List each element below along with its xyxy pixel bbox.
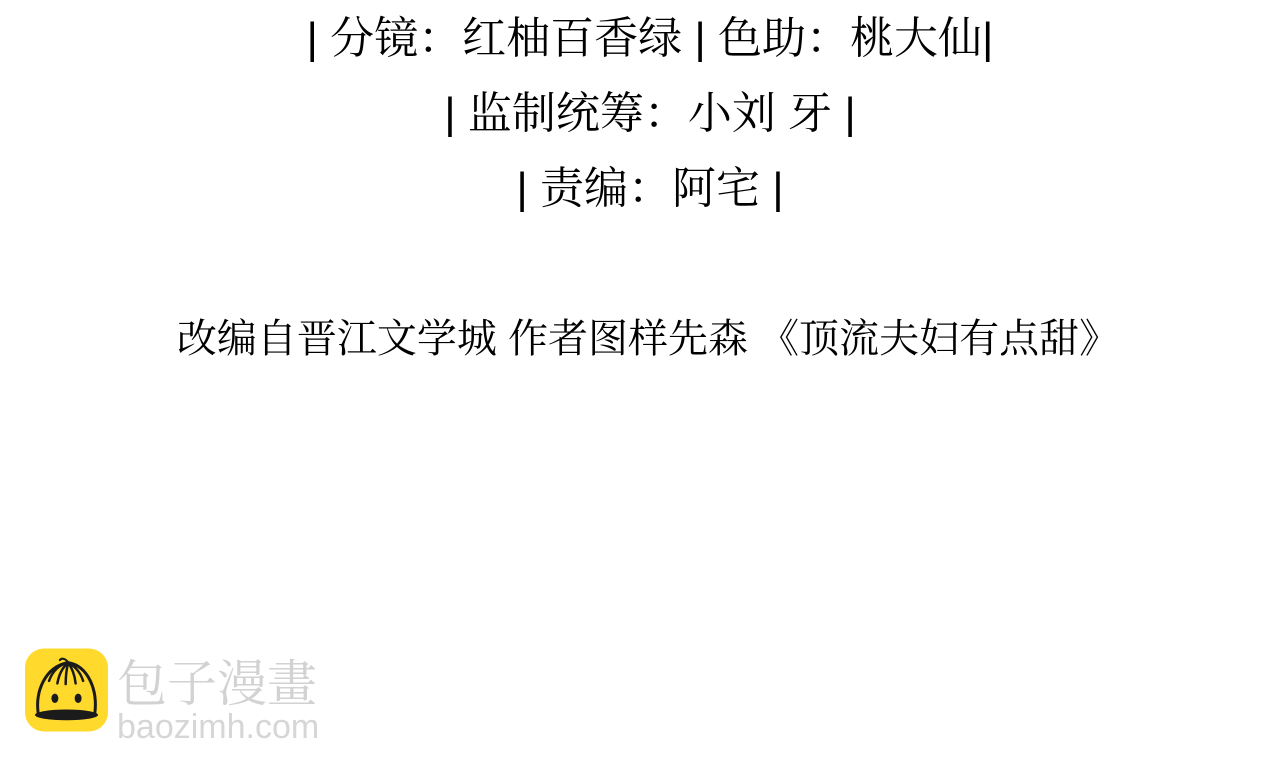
baozi-bun-icon bbox=[25, 648, 108, 732]
adaptation-source-note: 改编自晋江文学城 作者图样先森 《顶流夫妇有点甜》 bbox=[8, 315, 1280, 363]
credit-line-storyboard-colorassist: | 分镜：红柚百香绿 | 色助：桃大仙| bbox=[10, 13, 1280, 65]
credit-line-supervision: | 监制统筹：小刘 牙 | bbox=[10, 88, 1280, 140]
watermark-text-block: 包子漫畫 baozimh.com bbox=[108, 648, 319, 745]
comic-credits-page: | 分镜：红柚百香绿 | 色助：桃大仙| | 监制统筹：小刘 牙 | | 责编：… bbox=[0, 0, 1280, 765]
credit-line-editor: | 责编：阿宅 | bbox=[10, 163, 1280, 215]
baozimh-watermark: 包子漫畫 baozimh.com bbox=[25, 648, 319, 745]
watermark-site-domain: baozimh.com bbox=[117, 709, 319, 745]
watermark-site-name: 包子漫畫 bbox=[117, 659, 319, 709]
